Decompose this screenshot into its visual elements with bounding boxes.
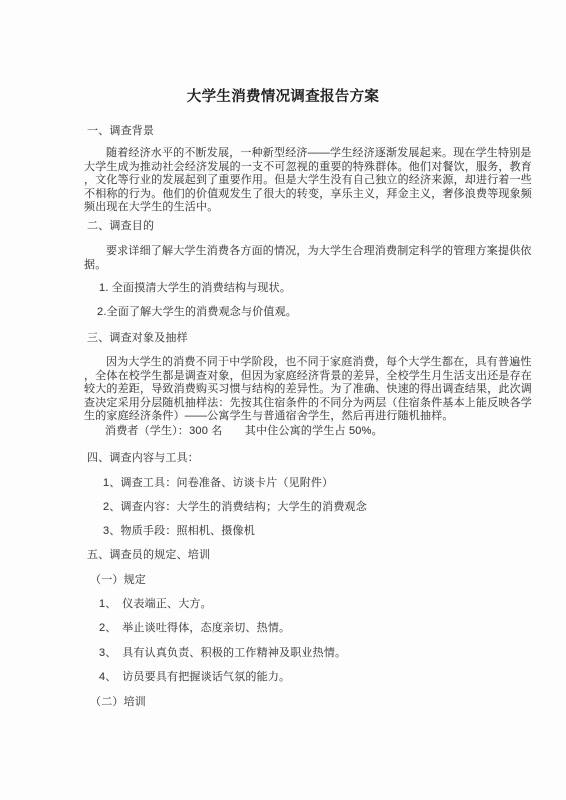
paragraph-line: 要求详细了解大学生消费各方面的情况，为大学生合理消费制定科学的管理方案提供依: [84, 245, 544, 259]
paragraph-line: 较大的差距，导致消费购买习惯与结构的差异性。为了准确、快速的得出调查结果，此次调: [84, 383, 544, 397]
list-item: 3、 具有认真负责、积极的工作精神及职业热情。: [99, 647, 559, 661]
subjects-paragraph: 因为大学生的消费不同于中学阶段，也不同于家庭消费，每个大学生都在，具有普遍性 ，…: [84, 356, 544, 424]
subsection-rules: （一）规定: [84, 574, 544, 588]
rule-item-4: 4、 访员要具有把握谈话气氛的能力。: [99, 671, 559, 685]
paragraph-line: 不相称的行为。他们的价值观发生了很大的转变，享乐主义，拜金主义，奢侈浪费等现象频: [84, 188, 544, 202]
list-item: 1. 全面摸清大学生的消费结构与现状。: [99, 282, 559, 296]
sample-size-line: 消费者（学生）：300 名 其中住公寓的学生占 50%。: [105, 425, 565, 439]
section-heading-text: 二、调查目的: [87, 220, 544, 234]
subsection-heading: （二）培训: [90, 696, 544, 710]
list-item: 1、 仪表端正、大方。: [99, 598, 559, 612]
purpose-item-2: 2.全面了解大学生的消费观念与价值观。: [97, 306, 557, 320]
section-heading-text: 三、调查对象及抽样: [87, 332, 544, 346]
purpose-item-1: 1. 全面摸清大学生的消费结构与现状。: [99, 282, 559, 296]
section-heading-background: 一、调查背景: [84, 125, 544, 139]
paragraph-line: ，全体在校学生都是调查对象，但因为家庭经济背景的差异，全校学生月生活支出还是存在: [84, 370, 544, 384]
section-heading-subjects: 三、调查对象及抽样: [84, 332, 544, 346]
tools-item-3: 3、物质手段：照相机、摄像机: [103, 525, 563, 539]
subsection-training: （二）培训: [84, 696, 544, 710]
list-item: 2、调查内容：大学生的消费结构；大学生的消费观念: [103, 501, 563, 515]
list-item: 3、物质手段：照相机、摄像机: [103, 525, 563, 539]
paragraph-line: 查决定采用分层随机抽样法：先按其住宿条件的不同分为两层（住宿条件基本上能反映各学: [84, 397, 544, 411]
purpose-paragraph: 要求详细了解大学生消费各方面的情况，为大学生合理消费制定科学的管理方案提供依 据…: [84, 245, 544, 272]
tools-item-2: 2、调查内容：大学生的消费结构；大学生的消费观念: [103, 501, 563, 515]
rule-item-3: 3、 具有认真负责、积极的工作精神及职业热情。: [99, 647, 559, 661]
paragraph-line: 频出现在大学生的生活中。: [84, 201, 544, 215]
paragraph-line: 生的家庭经济条件）——公寓学生与普通宿舍学生，然后再进行随机抽样。: [84, 410, 544, 424]
background-paragraph: 随着经济水平的不断发展，一种新型经济——学生经济逐渐发展起来。现在学生特别是 大…: [84, 147, 544, 215]
paragraph-line: 随着经济水平的不断发展，一种新型经济——学生经济逐渐发展起来。现在学生特别是: [84, 147, 544, 161]
list-item: 2.全面了解大学生的消费观念与价值观。: [97, 306, 557, 320]
section-heading-investigator-rules: 五、调查员的规定、培训: [84, 549, 544, 563]
paragraph-line: 大学生成为推动社会经济发展的一支不可忽视的重要的特殊群体。他们对餐饮，服务，教育: [84, 161, 544, 175]
section-heading-text: 五、调查员的规定、培训: [87, 549, 544, 563]
subsection-heading: （一）规定: [90, 574, 544, 588]
sample-size-text: 消费者（学生）：300 名 其中住公寓的学生占 50%。: [105, 425, 565, 439]
rule-item-1: 1、 仪表端正、大方。: [99, 598, 559, 612]
document-title: 大学生消费情况调查报告方案: [0, 85, 566, 106]
section-heading-text: 一、调查背景: [87, 125, 544, 139]
list-item: 1、调查工具：问卷准备、访谈卡片（见附件）: [103, 477, 563, 491]
rule-item-2: 2、 举止谈吐得体，态度亲切、热情。: [99, 622, 559, 636]
paragraph-line: 据。: [84, 259, 544, 273]
list-item: 4、 访员要具有把握谈话气氛的能力。: [99, 671, 559, 685]
paragraph-line: ，文化等行业的发展起到了重要作用。但是大学生没有自己独立的经济来源，却进行着一些: [84, 174, 544, 188]
section-heading-purpose: 二、调查目的: [84, 220, 544, 234]
paragraph-line: 因为大学生的消费不同于中学阶段，也不同于家庭消费，每个大学生都在，具有普遍性: [84, 356, 544, 370]
document-page: 大学生消费情况调查报告方案 一、调查背景 随着经济水平的不断发展，一种新型经济—…: [0, 0, 566, 800]
tools-item-1: 1、调查工具：问卷准备、访谈卡片（见附件）: [103, 477, 563, 491]
section-heading-content-tools: 四、调查内容与工具：: [84, 452, 544, 466]
list-item: 2、 举止谈吐得体，态度亲切、热情。: [99, 622, 559, 636]
section-heading-text: 四、调查内容与工具：: [87, 452, 544, 466]
